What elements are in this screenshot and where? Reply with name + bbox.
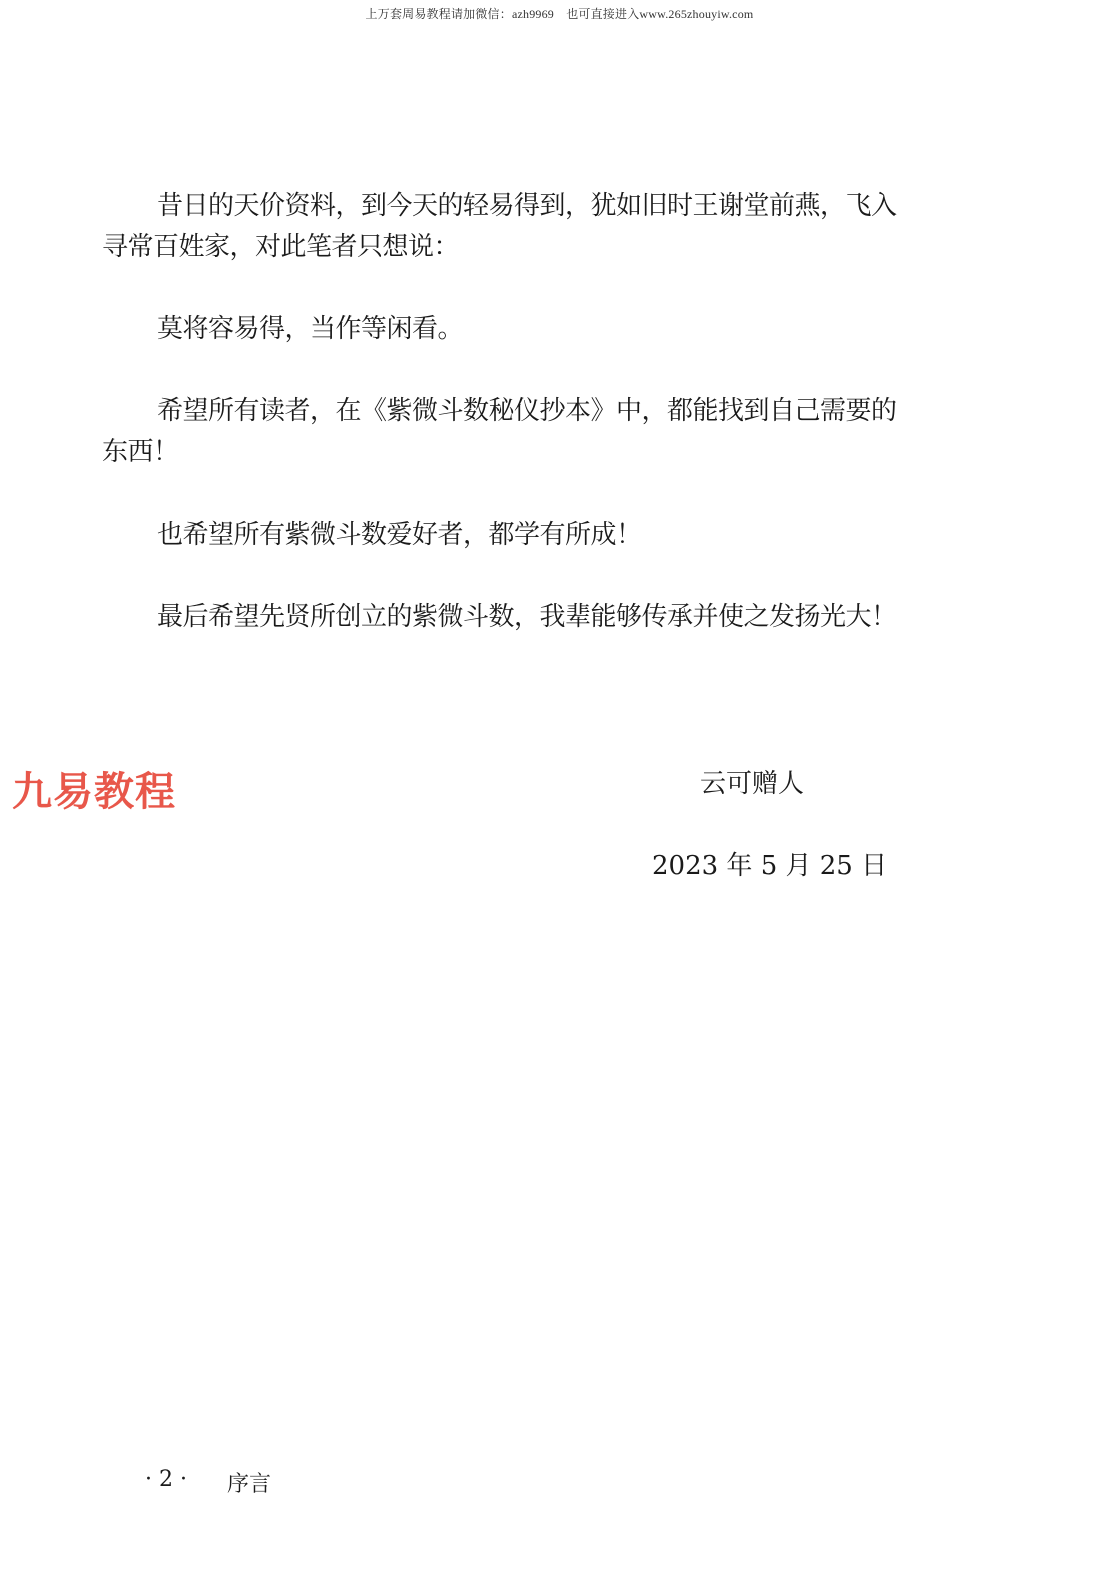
paragraph-4: 也希望所有紫微斗数爱好者，都学有所成！ xyxy=(102,515,917,556)
signature-date: 2023 年 5 月 25 日 xyxy=(652,845,887,882)
page-number: · 2 · xyxy=(145,1467,187,1498)
paragraph-1: 昔日的天价资料，到今天的轻易得到，犹如旧时王谢堂前燕，飞入寻常百姓家，对此笔者只… xyxy=(102,186,917,268)
paragraph-5: 最后希望先贤所创立的紫微斗数，我辈能够传承并使之发扬光大！ xyxy=(102,597,917,638)
header-watermark-banner: 上万套周易教程请加微信：azh9969 也可直接进入www.265zhouyiw… xyxy=(0,5,1119,22)
watermark-logo: 九易教程 xyxy=(12,760,176,817)
paragraph-2: 莫将容易得，当作等闲看。 xyxy=(102,309,917,350)
page-footer: · 2 · 序言 xyxy=(145,1467,271,1498)
paragraph-3: 希望所有读者，在《紫微斗数秘仪抄本》中，都能找到自己需要的东西！ xyxy=(102,391,917,473)
signature: 云可赠人 xyxy=(700,763,804,800)
section-title: 序言 xyxy=(227,1467,271,1498)
